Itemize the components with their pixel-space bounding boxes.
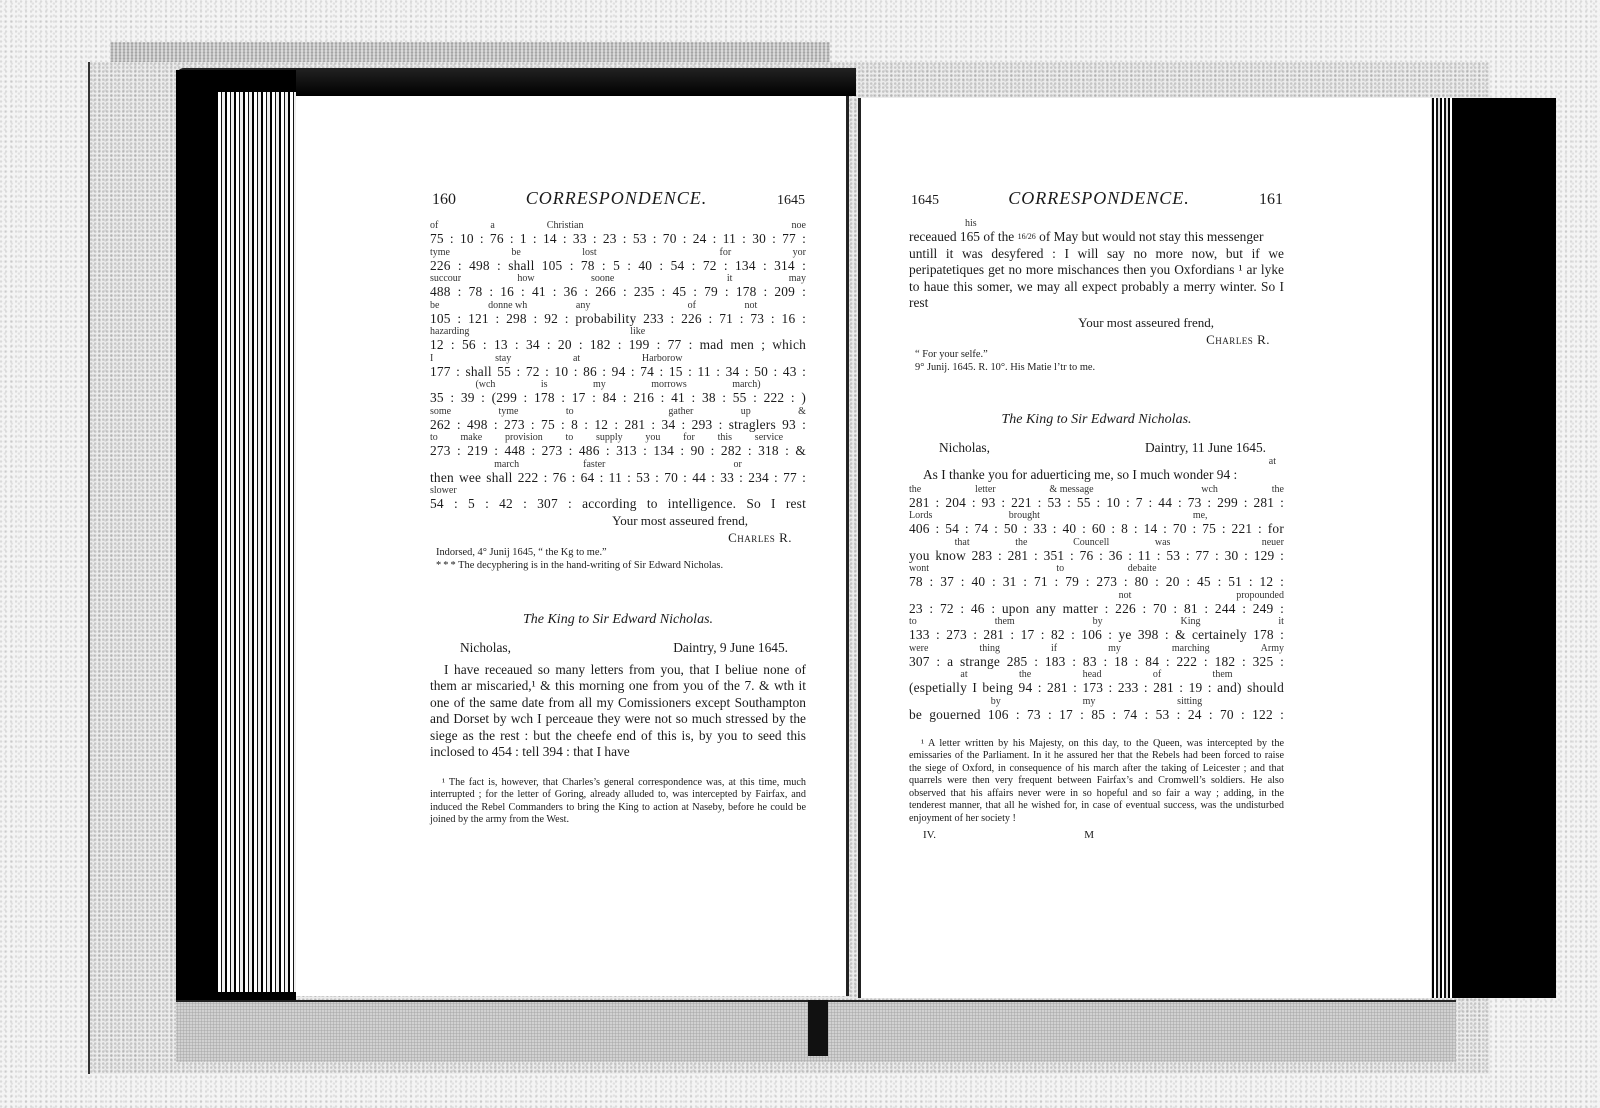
volume-mark: IV. bbox=[923, 829, 936, 841]
gloss-word: the bbox=[1015, 537, 1027, 548]
gloss-word: you bbox=[645, 432, 660, 443]
addressee: Nicholas, bbox=[939, 440, 990, 456]
page-number: 160 bbox=[432, 191, 456, 209]
gloss-word: yor bbox=[793, 247, 806, 258]
gloss-word: at bbox=[960, 669, 967, 680]
gloss-word: not bbox=[1119, 590, 1132, 601]
cipher-line: marchfasterorthen wee shall 222 : 76 : 6… bbox=[430, 459, 806, 486]
salutation: Your most asseured frend, bbox=[430, 512, 806, 529]
decipher-gloss: bymysitting bbox=[909, 696, 1284, 707]
left-text-block: ofaChristiannoe75 : 10 : 76 : 1 : 14 : 3… bbox=[430, 220, 806, 827]
gloss-word: (wch bbox=[475, 379, 495, 390]
gloss-word: sitting bbox=[1177, 696, 1202, 707]
gloss-word: make bbox=[461, 432, 483, 443]
gloss-word: Harborow bbox=[642, 353, 683, 364]
addressee: Nicholas, bbox=[460, 640, 511, 656]
gloss-word: were bbox=[909, 643, 928, 654]
decipher-gloss: sometymetogatherup& bbox=[430, 406, 806, 417]
gloss-word: gather bbox=[668, 406, 693, 417]
gloss-word: & bbox=[798, 406, 806, 417]
gloss-word: neuer bbox=[1262, 537, 1284, 548]
decipher-gloss: IstayatHarborow bbox=[430, 353, 806, 364]
place-date: Daintry, 9 June 1645. bbox=[673, 640, 788, 656]
cipher-line: hazardinglike12 : 56 : 13 : 34 : 20 : 18… bbox=[430, 326, 806, 353]
right-text-block: his receaued 165 of the 16/26 of May but… bbox=[909, 218, 1284, 841]
gloss-word: by bbox=[1093, 616, 1103, 627]
running-head-right: 1645 CORRESPONDENCE. 161 bbox=[911, 188, 1283, 209]
decipher-gloss: bedonne whanyofnot bbox=[430, 300, 806, 311]
cipher-code: be gouerned 106 : 73 : 17 : 85 : 74 : 53… bbox=[909, 707, 1284, 722]
gloss-word: Lords bbox=[909, 510, 932, 521]
gloss-line: his bbox=[909, 218, 1284, 229]
gutter-shadow bbox=[808, 1000, 828, 1056]
gloss-word: brought bbox=[1009, 510, 1040, 521]
gloss-word: or bbox=[734, 459, 742, 470]
cipher-line: Lordsbroughtme,406 : 54 : 74 : 50 : 33 :… bbox=[909, 510, 1284, 537]
letter-opening: As I thanke you for aduerticing me, so I… bbox=[909, 467, 1284, 484]
gloss-word: lost bbox=[582, 247, 596, 258]
gloss-word: some bbox=[430, 406, 451, 417]
gathering-mark: M bbox=[1084, 829, 1094, 841]
gloss-word: debaite bbox=[1128, 563, 1157, 574]
cipher-code: 488 : 78 : 16 : 41 : 36 : 266 : 235 : 45… bbox=[430, 284, 806, 299]
cipher-line: ofaChristiannoe75 : 10 : 76 : 1 : 14 : 3… bbox=[430, 220, 806, 247]
gloss-word: is bbox=[541, 379, 548, 390]
footnote: ¹ The fact is, however, that Charles’s g… bbox=[430, 777, 806, 827]
cipher-code: 23 : 72 : 46 : upon any matter : 226 : 7… bbox=[909, 601, 1284, 616]
letter-address-line: Nicholas, Daintry, 11 June 1645. bbox=[909, 440, 1284, 456]
footnote: ¹ A letter written by his Majesty, on th… bbox=[909, 738, 1284, 825]
footnote-text: ¹ A letter written by his Majesty, on th… bbox=[909, 738, 1284, 825]
gloss-word: tyme bbox=[430, 247, 450, 258]
gloss-word: it bbox=[1278, 616, 1284, 627]
gloss-word: King bbox=[1181, 616, 1201, 627]
gloss-line: at bbox=[909, 456, 1284, 467]
gloss-word: letter bbox=[975, 484, 996, 495]
gloss-word: to bbox=[565, 432, 573, 443]
gloss-word: my bbox=[1083, 696, 1096, 707]
gloss-word: marching bbox=[1172, 643, 1210, 654]
cipher-code: 262 : 498 : 273 : 75 : 8 : 12 : 281 : 34… bbox=[430, 417, 806, 432]
running-head-left: 160 CORRESPONDENCE. 1645 bbox=[432, 188, 805, 209]
cipher-line: theletter& messagewchthe281 : 204 : 93 :… bbox=[909, 484, 1284, 511]
letter-address-line: Nicholas, Daintry, 9 June 1645. bbox=[430, 640, 806, 656]
cipher-line: notpropounded23 : 72 : 46 : upon any mat… bbox=[909, 590, 1284, 617]
gloss-word: at bbox=[573, 353, 580, 364]
endorsement: Indorsed, 4° Junij 1645, “ the Kg to me.… bbox=[430, 546, 806, 559]
letter-body: I have receaued so many letters from you… bbox=[430, 662, 806, 762]
gloss-word: Army bbox=[1261, 643, 1284, 654]
cipher-code: 105 : 121 : 298 : 92 : probability 233 :… bbox=[430, 311, 806, 326]
gloss-word: by bbox=[991, 696, 1001, 707]
gloss-word: my bbox=[1108, 643, 1121, 654]
left-page: 160 CORRESPONDENCE. 1645 ofaChristiannoe… bbox=[296, 96, 849, 996]
continuation-text: untill it was desyfered : I will say no … bbox=[909, 246, 1284, 312]
place-date: Daintry, 11 June 1645. bbox=[1145, 440, 1266, 456]
gloss-word: the bbox=[909, 484, 921, 495]
gloss-word: stay bbox=[495, 353, 511, 364]
gloss-word: to bbox=[909, 616, 917, 627]
cipher-line: attheheadofthem(espetially I being 94 : … bbox=[909, 669, 1284, 696]
gloss-word: march) bbox=[732, 379, 760, 390]
decipher-gloss: Lordsbroughtme, bbox=[909, 510, 1284, 521]
decipher-gloss: (wchismymorrowsmarch) bbox=[430, 379, 806, 390]
cipher-line: tymebelostforyor226 : 498 : shall 105 : … bbox=[430, 247, 806, 274]
gloss-word: thing bbox=[979, 643, 1000, 654]
page-number: 161 bbox=[1259, 191, 1283, 209]
cipher-code: 177 : shall 55 : 72 : 10 : 86 : 94 : 74 … bbox=[430, 364, 806, 379]
decipher-gloss: tomakeprovisiontosupplyyouforthisservice bbox=[430, 432, 806, 443]
gloss-word: up bbox=[741, 406, 751, 417]
gloss-word: march bbox=[494, 459, 519, 470]
gloss-word: was bbox=[1155, 537, 1171, 548]
footnote-text: ¹ The fact is, however, that Charles’s g… bbox=[430, 777, 806, 827]
gloss-word: if bbox=[1051, 643, 1057, 654]
gloss-word: any bbox=[576, 300, 590, 311]
cipher-code: 273 : 219 : 448 : 273 : 486 : 313 : 134 … bbox=[430, 443, 806, 458]
cipher-line: werethingifmymarchingArmy307 : a strange… bbox=[909, 643, 1284, 670]
cipher-code: (espetially I being 94 : 281 : 173 : 233… bbox=[909, 680, 1284, 695]
gloss-word: wont bbox=[909, 563, 929, 574]
cipher-line: (wchismymorrowsmarch)35 : 39 : (299 : 17… bbox=[430, 379, 806, 406]
gloss-word: the bbox=[1272, 484, 1284, 495]
cipher-line: slower54 : 5 : 42 : 307 : according to i… bbox=[430, 485, 806, 512]
decipher-gloss: tymebelostforyor bbox=[430, 247, 806, 258]
gloss-word: faster bbox=[583, 459, 605, 470]
cipher-line: sometymetogatherup&262 : 498 : 273 : 75 … bbox=[430, 406, 806, 433]
cipher-code: 78 : 37 : 40 : 31 : 71 : 79 : 273 : 80 :… bbox=[909, 574, 1284, 589]
running-year: 1645 bbox=[911, 193, 939, 209]
cipher-line: thattheCouncellwasneueryou know 283 : 28… bbox=[909, 537, 1284, 564]
cipher-line: tomakeprovisiontosupplyyouforthisservice… bbox=[430, 432, 806, 459]
gloss-word: it bbox=[727, 273, 733, 284]
gloss-word: for bbox=[720, 247, 732, 258]
gloss-word: supply bbox=[596, 432, 623, 443]
cipher-code: then wee shall 222 : 76 : 64 : 11 : 53 :… bbox=[430, 470, 806, 485]
left-page-edges bbox=[218, 92, 296, 992]
date-fraction: 16/26 bbox=[1018, 232, 1036, 241]
continuation-first-line: receaued 165 of the 16/26 of May but wou… bbox=[909, 229, 1284, 246]
gloss-word: Christian bbox=[547, 220, 584, 231]
running-title: CORRESPONDENCE. bbox=[526, 188, 708, 209]
gloss-word: succour bbox=[430, 273, 461, 284]
cipher-line: bymysittingbe gouerned 106 : 73 : 17 : 8… bbox=[909, 696, 1284, 723]
endorsement-date: 9° Junij. 1645. R. 10°. His Matie l’tr t… bbox=[909, 361, 1284, 374]
printer-signature-mark: IV. M bbox=[909, 829, 1284, 841]
decipher-gloss: marchfasteror bbox=[430, 459, 806, 470]
gloss-word: to bbox=[566, 406, 574, 417]
gloss-word: soone bbox=[591, 273, 614, 284]
gloss-word: hazarding bbox=[430, 326, 469, 337]
decipher-gloss: notpropounded bbox=[909, 590, 1284, 601]
gloss-word: that bbox=[955, 537, 970, 548]
decipher-gloss: theletter& messagewchthe bbox=[909, 484, 1284, 495]
gloss-word: may bbox=[789, 273, 806, 284]
gloss-word: provision bbox=[505, 432, 543, 443]
letter-closing: Your most asseured frend, Charles R. bbox=[909, 314, 1284, 348]
gloss-word: to bbox=[1056, 563, 1064, 574]
decipher-gloss: tothembyKingit bbox=[909, 616, 1284, 627]
decipher-gloss: werethingifmymarchingArmy bbox=[909, 643, 1284, 654]
gloss-word: propounded bbox=[1236, 590, 1284, 601]
cipher-lines: theletter& messagewchthe281 : 204 : 93 :… bbox=[909, 484, 1284, 723]
gloss-word: for bbox=[683, 432, 695, 443]
decipher-gloss: slower bbox=[430, 485, 806, 496]
right-page: 1645 CORRESPONDENCE. 161 his receaued 16… bbox=[858, 98, 1431, 998]
decipher-gloss: thattheCouncellwasneuer bbox=[909, 537, 1284, 548]
gloss-word: tyme bbox=[498, 406, 518, 417]
right-fore-edge-shadow bbox=[1436, 98, 1556, 998]
gloss-word: of bbox=[688, 300, 696, 311]
cipher-code: 54 : 5 : 42 : 307 : according to intelli… bbox=[430, 496, 806, 511]
gloss-word: of bbox=[430, 220, 438, 231]
gloss-word: the bbox=[1019, 669, 1031, 680]
signature: Charles R. bbox=[909, 331, 1284, 348]
gloss-word: morrows bbox=[651, 379, 687, 390]
gloss-word: this bbox=[718, 432, 732, 443]
gloss-word: to bbox=[430, 432, 438, 443]
gloss-word: wch bbox=[1201, 484, 1218, 495]
gloss-word: be bbox=[430, 300, 439, 311]
gloss-word: my bbox=[593, 379, 606, 390]
letter-title: The King to Sir Edward Nicholas. bbox=[430, 612, 806, 628]
gloss-word: how bbox=[517, 273, 534, 284]
endorsement: “ For your selfe.” bbox=[909, 348, 1284, 361]
gloss-word: of bbox=[1153, 669, 1161, 680]
cipher-code: you know 283 : 281 : 351 : 76 : 36 : 11 … bbox=[909, 548, 1284, 563]
gloss-word: not bbox=[745, 300, 758, 311]
letter-title: The King to Sir Edward Nicholas. bbox=[909, 412, 1284, 428]
cipher-line: IstayatHarborow177 : shall 55 : 72 : 10 … bbox=[430, 353, 806, 380]
gloss-word: be bbox=[511, 247, 520, 258]
running-year: 1645 bbox=[777, 193, 805, 209]
gloss-word: slower bbox=[430, 485, 457, 496]
gloss-word: head bbox=[1083, 669, 1102, 680]
cipher-line: tothembyKingit133 : 273 : 281 : 17 : 82 … bbox=[909, 616, 1284, 643]
gloss-word: service bbox=[755, 432, 783, 443]
cipher-code: 307 : a strange 285 : 183 : 83 : 18 : 84… bbox=[909, 654, 1284, 669]
gloss-word: me, bbox=[1193, 510, 1208, 521]
cipher-line: bedonne whanyofnot105 : 121 : 298 : 92 :… bbox=[430, 300, 806, 327]
gloss-word: I bbox=[430, 353, 433, 364]
gloss-word: them bbox=[1213, 669, 1233, 680]
letter-closing: Your most asseured frend, Charles R. bbox=[430, 512, 806, 546]
salutation: Your most asseured frend, bbox=[909, 314, 1284, 331]
gloss-word: noe bbox=[791, 220, 805, 231]
decipher-gloss: succourhowsooneitmay bbox=[430, 273, 806, 284]
decipher-gloss: wonttodebaite bbox=[909, 563, 1284, 574]
cipher-code: 226 : 498 : shall 105 : 78 : 5 : 40 : 54… bbox=[430, 258, 806, 273]
gloss-word: & message bbox=[1049, 484, 1093, 495]
gloss-word: them bbox=[995, 616, 1015, 627]
cipher-code: 35 : 39 : (299 : 178 : 17 : 84 : 216 : 4… bbox=[430, 390, 806, 405]
gloss-word: like bbox=[630, 326, 645, 337]
cipher-line: wonttodebaite78 : 37 : 40 : 31 : 71 : 79… bbox=[909, 563, 1284, 590]
cipher-code: 281 : 204 : 93 : 221 : 53 : 55 : 10 : 7 … bbox=[909, 495, 1284, 510]
decipher-gloss: hazardinglike bbox=[430, 326, 806, 337]
decyphering-note: * * * The decyphering is in the hand-wri… bbox=[430, 559, 806, 572]
gloss-word: Councell bbox=[1073, 537, 1109, 548]
cipher-line: succourhowsooneitmay488 : 78 : 16 : 41 :… bbox=[430, 273, 806, 300]
decipher-gloss: ofaChristiannoe bbox=[430, 220, 806, 231]
signature: Charles R. bbox=[430, 529, 806, 546]
gloss-word: a bbox=[490, 220, 494, 231]
cipher-code: 75 : 10 : 76 : 1 : 14 : 33 : 23 : 53 : 7… bbox=[430, 231, 806, 246]
cipher-lines: ofaChristiannoe75 : 10 : 76 : 1 : 14 : 3… bbox=[430, 220, 806, 512]
gloss-word: donne wh bbox=[488, 300, 527, 311]
cipher-code: 12 : 56 : 13 : 34 : 20 : 182 : 199 : 77 … bbox=[430, 337, 806, 352]
decipher-gloss: attheheadofthem bbox=[909, 669, 1284, 680]
cipher-code: 406 : 54 : 74 : 50 : 33 : 40 : 60 : 8 : … bbox=[909, 521, 1284, 536]
running-title: CORRESPONDENCE. bbox=[1008, 188, 1190, 209]
cipher-code: 133 : 273 : 281 : 17 : 82 : 106 : ye 398… bbox=[909, 627, 1284, 642]
